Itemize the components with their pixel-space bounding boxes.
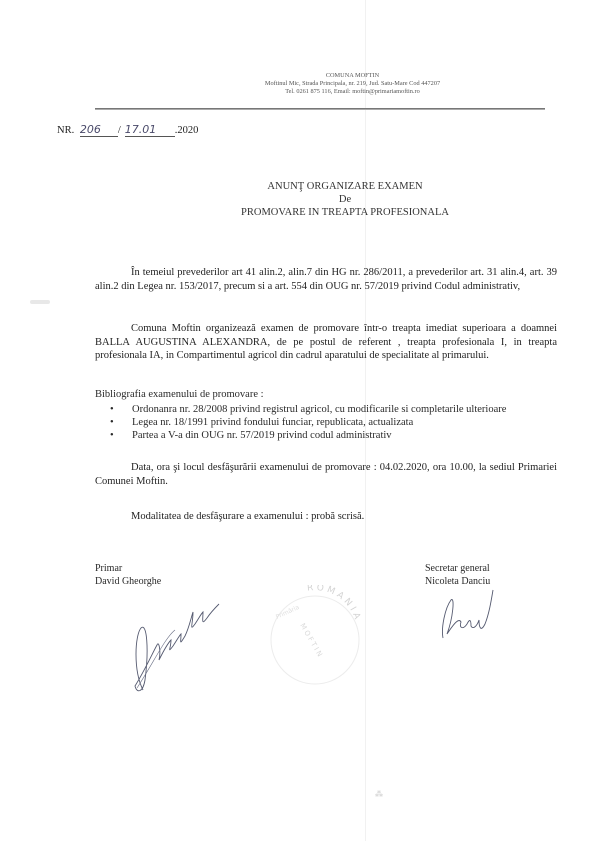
mayor-signature-icon bbox=[115, 590, 225, 700]
secretary-signature-icon bbox=[433, 588, 503, 643]
letterhead-name: COMUNA MOFTIN bbox=[0, 72, 595, 80]
stamp-text-center: MOFTIN bbox=[298, 622, 324, 660]
letterhead-contact: Tel. 0261 875 116, Email: moftin@primari… bbox=[0, 88, 595, 96]
header-divider bbox=[95, 108, 545, 110]
nr-prefix: NR. bbox=[57, 125, 74, 136]
bibliography-heading: Bibliografia examenului de promovare : bbox=[95, 389, 264, 400]
announcement-paragraph: Comuna Moftin organizează examen de prom… bbox=[95, 322, 557, 363]
bibliography-item: Ordonanra nr. 28/2008 privind registrul … bbox=[110, 403, 506, 416]
nr-separator: / bbox=[118, 125, 121, 136]
bibliography-list: Ordonanra nr. 28/2008 privind registrul … bbox=[110, 403, 506, 442]
letterhead: COMUNA MOFTIN Moftinul Mic, Strada Princ… bbox=[0, 72, 595, 96]
document-title: ANUNŢ ORGANIZARE EXAMEN De PROMOVARE IN … bbox=[0, 180, 595, 219]
title-line-2: De bbox=[95, 193, 595, 206]
nr-handwritten-date: 17.01 bbox=[125, 123, 175, 137]
secretary-role: Secretar general bbox=[425, 563, 503, 576]
schedule-text: Data, ora şi locul desfăşurării examenul… bbox=[95, 462, 557, 487]
stamp-text-top: ROMANIA bbox=[307, 585, 363, 623]
registration-number: NR. 206/17.01.2020 bbox=[57, 123, 198, 137]
announcement-text: Comuna Moftin organizează examen de prom… bbox=[95, 323, 557, 361]
secretary-name: Nicoleta Danciu bbox=[425, 576, 503, 589]
title-line-1: ANUNŢ ORGANIZARE EXAMEN bbox=[95, 180, 595, 193]
legal-basis-paragraph: În temeiul prevederilor art 41 alin.2, a… bbox=[95, 266, 557, 293]
bibliography-item: Partea a V-a din OUG nr. 57/2019 privind… bbox=[110, 429, 506, 442]
mayor-role: Primar bbox=[95, 563, 225, 576]
exam-mode-paragraph: Modalitatea de desfăşurare a examenului … bbox=[95, 510, 557, 524]
stamp-seal-icon: ROMANIA Primăria MOFTIN bbox=[255, 585, 375, 685]
scan-artifact-mark bbox=[30, 300, 50, 304]
nr-handwritten-number: 206 bbox=[80, 123, 118, 137]
scan-artifact-dot: ⁂ bbox=[375, 790, 381, 798]
mayor-name: David Gheorghe bbox=[95, 576, 225, 589]
secretary-signature-block: Secretar general Nicoleta Danciu bbox=[425, 563, 503, 643]
title-line-3: PROMOVARE IN TREAPTA PROFESIONALA bbox=[95, 206, 595, 219]
legal-basis-text: În temeiul prevederilor art 41 alin.2, a… bbox=[95, 267, 557, 292]
letterhead-address: Moftinul Mic, Strada Principala, nr. 219… bbox=[0, 80, 595, 88]
svg-text:ROMANIA: ROMANIA bbox=[307, 585, 363, 623]
schedule-paragraph: Data, ora şi locul desfăşurării examenul… bbox=[95, 461, 557, 488]
exam-mode-text: Modalitatea de desfăşurare a examenului … bbox=[131, 511, 364, 522]
bibliography-item: Legea nr. 18/1991 privind fondului funci… bbox=[110, 416, 506, 429]
official-stamp: ROMANIA Primăria MOFTIN bbox=[255, 585, 375, 685]
nr-year: .2020 bbox=[175, 125, 199, 136]
mayor-signature-block: Primar David Gheorghe bbox=[95, 563, 225, 700]
stamp-text-left: Primăria bbox=[275, 604, 301, 621]
